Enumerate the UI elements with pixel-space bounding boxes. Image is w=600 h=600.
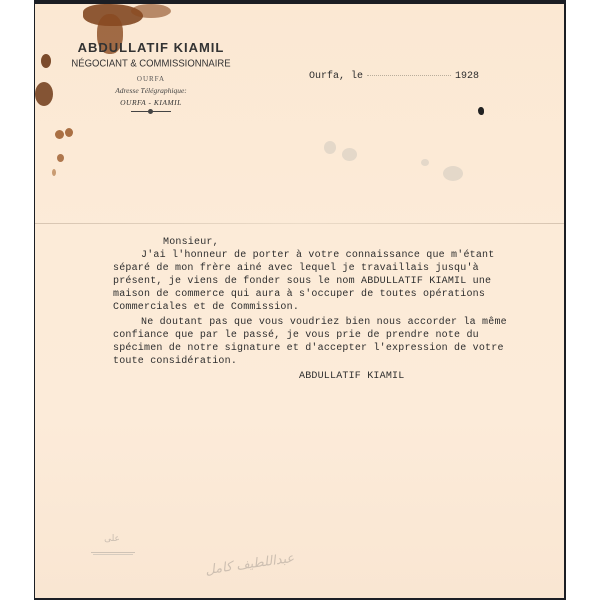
letter-sheet: ABDULLATIF KIAMIL NÉGOCIANT & COMMISSION… [35,4,564,598]
letterhead: ABDULLATIF KIAMIL NÉGOCIANT & COMMISSION… [63,40,239,114]
water-stain [55,130,64,139]
ink-blot [478,107,484,115]
water-stain [52,169,56,176]
underline [93,554,133,555]
letter-body: Monsieur, J'ai l'honneur de porter à vot… [113,236,533,383]
water-stain [41,54,51,68]
letterhead-role: NÉGOCIANT & COMMISSIONNAIRE [63,57,239,69]
letterhead-name: ABDULLATIF KIAMIL [63,40,239,55]
underline [91,552,135,553]
ornament-icon [131,110,171,114]
dateline-place: Ourfa, le [309,71,363,82]
letterhead-city: OURFA [63,75,239,83]
water-stain [57,154,64,162]
dateline: Ourfa, le1928 [309,71,479,82]
typed-signature: ABDULLATIF KIAMIL [113,370,533,383]
paragraph-2: Ne doutant pas que vous voudriez bien no… [113,316,533,368]
telegraph-address: OURFA - KIAMIL [63,98,239,107]
foxing-spot [421,159,429,166]
paragraph-1: J'ai l'honneur de porter à votre connais… [113,249,533,314]
water-stain [131,4,171,18]
pencil-annotation: ﻋﻠﯽ [91,534,133,560]
telegraph-label: Adresse Télégraphique: [63,86,239,95]
dateline-year: 1928 [455,71,479,82]
pencil-note-text: ﻋﻠﯽ [91,534,133,544]
water-stain [35,82,53,106]
water-stain [65,128,73,137]
foxing-spot [443,166,463,181]
handwritten-signature: عبداللطیف کامل [204,551,295,578]
foxing-spot [324,141,336,154]
date-blank [367,75,451,76]
fold-line [35,223,564,224]
foxing-spot [342,148,357,161]
salutation: Monsieur, [113,236,533,249]
